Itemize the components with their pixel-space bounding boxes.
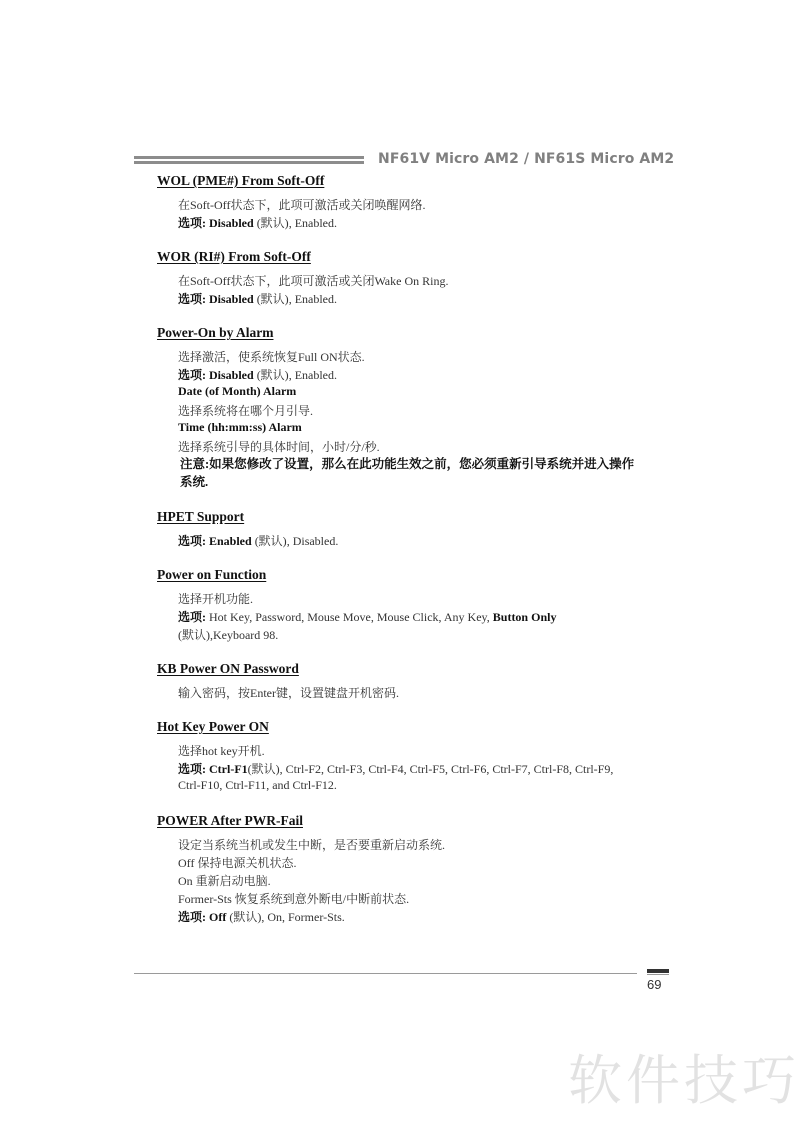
footer-page-marker-underline xyxy=(647,974,669,975)
other-options: Hot Key, Password, Mouse Move, Mouse Cli… xyxy=(206,610,493,624)
other-options: , Disabled. xyxy=(287,534,339,548)
section-title-wor: WOR (RI#) From Soft-Off xyxy=(157,249,311,265)
section-title-power-on-function: Power on Function xyxy=(157,567,266,583)
options-line: 选项: Disabled (默认), Enabled. xyxy=(178,214,337,231)
section-description: 在Soft-Off状态下，此项可激活或关闭Wake On Ring. xyxy=(178,272,448,289)
default-tag: (默认) xyxy=(254,216,289,230)
footer-rule xyxy=(134,973,637,974)
section-title-kb-power-on-password: KB Power ON Password xyxy=(157,661,299,677)
section-description: 选择开机功能. xyxy=(178,590,253,607)
note-line: 系统. xyxy=(180,473,680,491)
other-options: , Enabled. xyxy=(289,368,337,382)
other-options: , Enabled. xyxy=(289,216,337,230)
watermark: 软件技巧 xyxy=(568,1038,800,1115)
section-description: 设定当系统当机或发生中断，是否要重新启动系统. xyxy=(178,836,445,853)
default-tag: (默认) xyxy=(252,534,287,548)
options-line: 选项: Off (默认), On, Former-Sts. xyxy=(178,908,345,925)
default-option: Disabled xyxy=(209,368,254,382)
options-line: 选项: Hot Key, Password, Mouse Move, Mouse… xyxy=(178,608,556,625)
default-tag: (默认) xyxy=(254,292,289,306)
document-header-title: NF61V Micro AM2 / NF61S Micro AM2 xyxy=(378,151,674,167)
note-text: 注意:如果您修改了设置，那么在此功能生效之前，您必须重新引导系统并进入操作 系统… xyxy=(180,455,680,491)
page-number: 69 xyxy=(647,977,661,992)
value-description-off: Off 保持电源关机状态. xyxy=(178,854,296,871)
options-line: 选项: Disabled (默认), Enabled. xyxy=(178,290,337,307)
options-line: 选项: Ctrl-F1(默认), Ctrl-F2, Ctrl-F3, Ctrl-… xyxy=(178,760,613,777)
other-options: , On, Former-Sts. xyxy=(261,910,344,924)
section-title-hot-key-power-on: Hot Key Power ON xyxy=(157,719,269,735)
default-option: Ctrl-F1 xyxy=(209,762,248,776)
section-title-power-after-pwr-fail: POWER After PWR-Fail xyxy=(157,813,303,829)
value-description-on: On 重新启动电脑. xyxy=(178,872,271,889)
options-line: 选项: Disabled (默认), Enabled. xyxy=(178,366,337,383)
other-options: , Enabled. xyxy=(289,292,337,306)
section-title-hpet-support: HPET Support xyxy=(157,509,244,525)
other-options: (默认), Ctrl-F2, Ctrl-F3, Ctrl-F4, Ctrl-F5… xyxy=(248,762,614,776)
section-title-wol: WOL (PME#) From Soft-Off xyxy=(157,173,324,189)
section-description: 选择hot key开机. xyxy=(178,742,265,759)
options-label: 选项: xyxy=(178,610,206,624)
options-label: 选项: xyxy=(178,910,206,924)
sub-item-label-date-alarm: Date (of Month) Alarm xyxy=(178,384,296,399)
value-description-former-sts: Former-Sts 恢复系统到意外断电/中断前状态. xyxy=(178,890,409,907)
footer-page-marker xyxy=(647,969,669,973)
options-label: 选项: xyxy=(178,762,206,776)
default-tag: (默认) xyxy=(226,910,261,924)
sub-item-label-time-alarm: Time (hh:mm:ss) Alarm xyxy=(178,420,302,435)
header-rule xyxy=(134,156,364,166)
options-label: 选项: xyxy=(178,368,206,382)
options-label: 选项: xyxy=(178,534,206,548)
section-title-power-on-by-alarm: Power-On by Alarm xyxy=(157,325,273,341)
sub-item-description: 选择系统将在哪个月引导. xyxy=(178,402,313,419)
default-option: Disabled xyxy=(209,216,254,230)
note-line: 注意:如果您修改了设置，那么在此功能生效之前，您必须重新引导系统并进入操作 xyxy=(180,455,680,473)
options-line: 选项: Enabled (默认), Disabled. xyxy=(178,532,338,549)
default-option: Disabled xyxy=(209,292,254,306)
default-option: Off xyxy=(209,910,226,924)
default-option: Button Only xyxy=(493,610,557,624)
options-label: 选项: xyxy=(178,292,206,306)
default-tag: (默认) xyxy=(254,368,289,382)
sub-item-description: 选择系统引导的具体时间，小时/分/秒. xyxy=(178,438,380,455)
section-description: 输入密码，按Enter键，设置键盘开机密码. xyxy=(178,684,399,701)
options-label: 选项: xyxy=(178,216,206,230)
options-line-continued: Ctrl-F10, Ctrl-F11, and Ctrl-F12. xyxy=(178,778,337,793)
default-option: Enabled xyxy=(209,534,252,548)
section-description: 在Soft-Off状态下，此项可激活或关闭唤醒网络. xyxy=(178,196,425,213)
options-line-continued: (默认),Keyboard 98. xyxy=(178,626,278,643)
section-description: 选择激活，使系统恢复Full ON状态. xyxy=(178,348,365,365)
